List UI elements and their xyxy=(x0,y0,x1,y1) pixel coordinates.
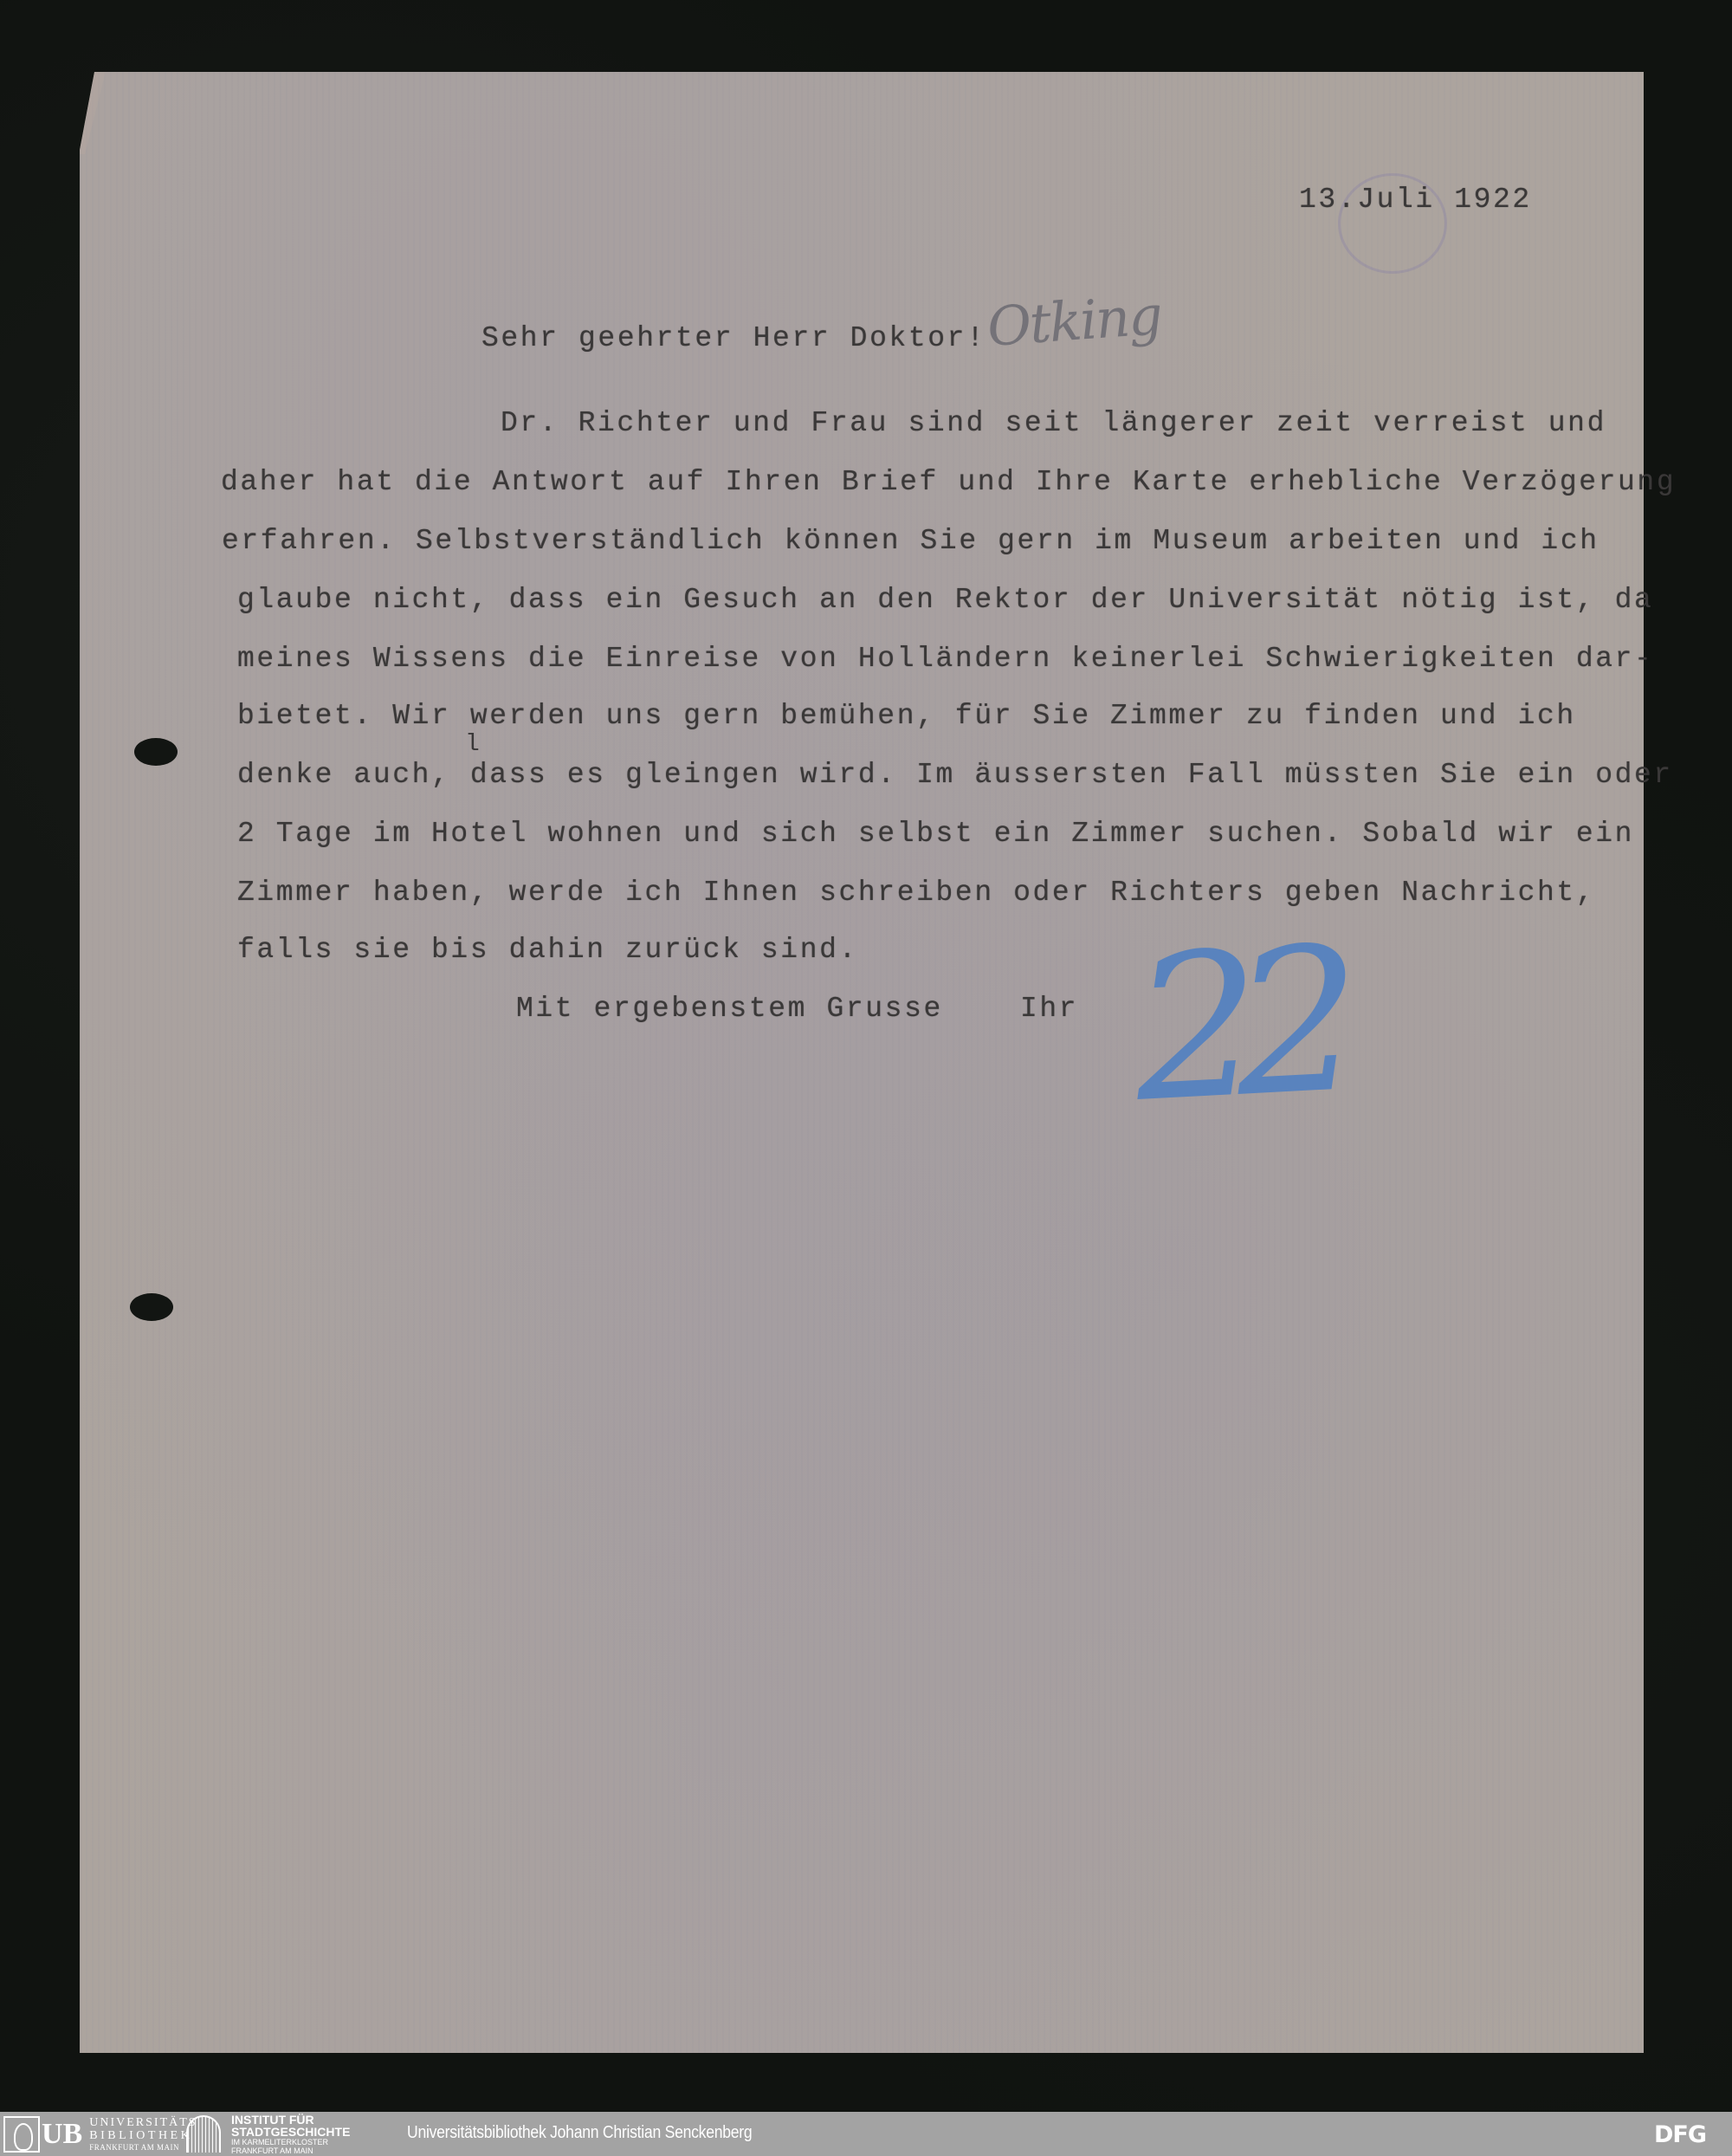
typed-correction-l: l xyxy=(465,733,480,757)
body-line: Zimmer haben, werde ich Ihnen schreiben … xyxy=(237,878,1595,907)
isg-line3: IM KARMELITERKLOSTER xyxy=(231,2139,350,2146)
letter-date: 13.Juli 1922 xyxy=(1299,185,1532,214)
letter-page xyxy=(80,72,1644,2053)
punch-hole-bottom xyxy=(130,1293,173,1321)
letter-closing-ihr: Ihr xyxy=(1020,994,1078,1023)
library-name: Universitätsbibliothek Johann Christian … xyxy=(407,2123,752,2143)
body-line: bietet. Wir werden uns gern bemühen, für… xyxy=(237,702,1576,730)
letter-closing: Mit ergebenstem Grusse xyxy=(516,994,943,1023)
footer-bar: UB UNIVERSITÄTS BIBLIOTHEK FRANKFURT AM … xyxy=(0,2112,1732,2156)
ub-letters: UB xyxy=(42,2120,82,2149)
ub-line2: BIBLIOTHEK xyxy=(89,2130,197,2142)
punch-hole-top xyxy=(134,738,178,766)
isg-line2: STADTGESCHICHTE xyxy=(231,2126,350,2138)
blue-pencil-signature: 22 xyxy=(1129,922,1341,1131)
body-line: meines Wissens die Einreise von Hollände… xyxy=(237,644,1653,673)
isg-line1: INSTITUT FÜR xyxy=(231,2114,350,2126)
body-line: falls sie bis dahin zurück sind. xyxy=(237,936,858,964)
body-line: glaube nicht, dass ein Gesuch an den Rek… xyxy=(237,586,1653,614)
isg-logo[interactable]: INSTITUT FÜR STADTGESCHICHTE IM KARMELIT… xyxy=(186,2115,350,2153)
pencil-name-annotation: Otking xyxy=(986,288,1163,354)
isg-line4: FRANKFURT AM MAIN xyxy=(231,2147,350,2155)
body-line: Dr. Richter und Frau sind seit längerer … xyxy=(501,409,1606,437)
letter-salutation: Sehr geehrter Herr Doktor! xyxy=(481,324,986,353)
ub-logo[interactable]: UB UNIVERSITÄTS BIBLIOTHEK FRANKFURT AM … xyxy=(3,2115,197,2153)
body-line: erfahren. Selbstverständlich können Sie … xyxy=(222,527,1600,555)
isg-arch-icon xyxy=(186,2115,221,2153)
body-line: 2 Tage im Hotel wohnen und sich selbst e… xyxy=(237,819,1634,848)
ub-line3: FRANKFURT AM MAIN xyxy=(89,2144,197,2152)
ub-emblem-icon xyxy=(3,2116,40,2153)
body-line: denke auch, dass es gleingen wird. Im äu… xyxy=(237,761,1673,789)
ub-line1: UNIVERSITÄTS xyxy=(89,2117,197,2129)
body-line: daher hat die Antwort auf Ihren Brief un… xyxy=(221,468,1676,496)
dfg-logo[interactable]: DFG xyxy=(1654,2121,1706,2148)
